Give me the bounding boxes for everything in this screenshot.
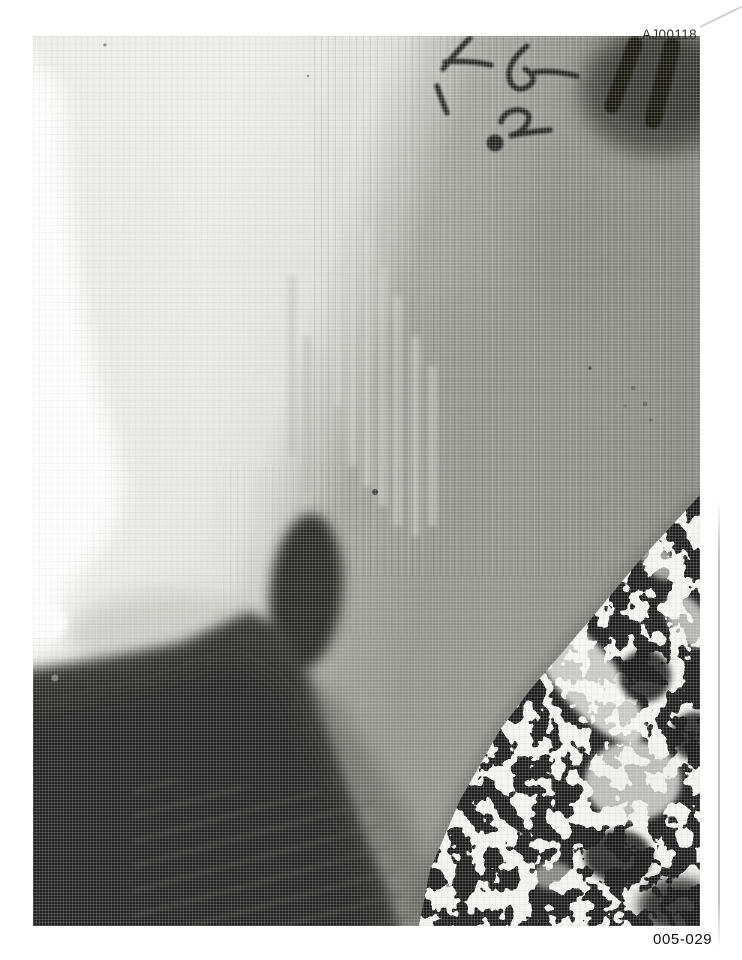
scanned-document-page: AJ00118 005-029 [0, 0, 742, 960]
document-code-bottom-right: 005-029 [653, 931, 712, 948]
photo-image [33, 36, 700, 926]
photograph [33, 36, 700, 926]
document-code-top-right: AJ00118 [642, 27, 697, 42]
scan-artifact-line [718, 500, 720, 948]
scan-artifact-streak [700, 6, 742, 28]
